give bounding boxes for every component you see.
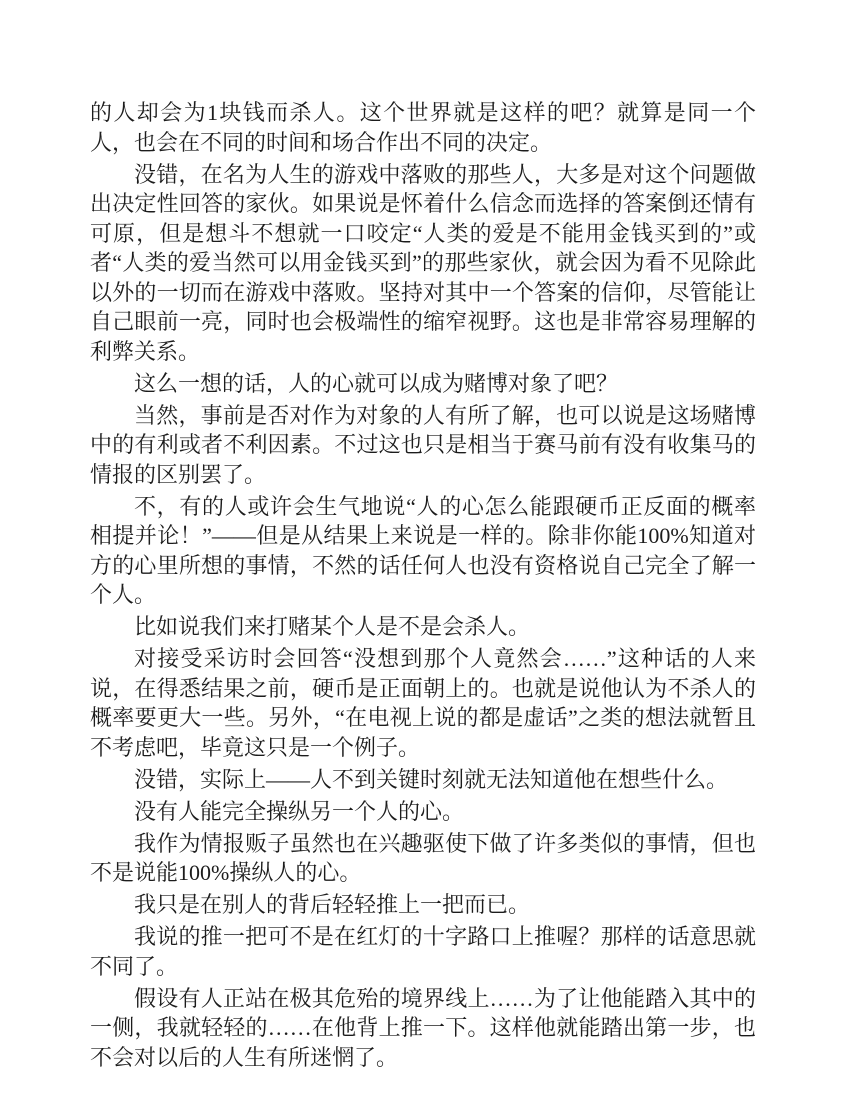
paragraph: 这么一想的话，人的心就可以成为赌博对象了吧？: [90, 369, 756, 399]
paragraph: 我说的推一把可不是在红灯的十字路口上推喔？那样的话意思就不同了。: [90, 922, 756, 981]
paragraph: 我作为情报贩子虽然也在兴趣驱使下做了许多类似的事情，但也不是说能100%操纵人的…: [90, 829, 756, 888]
paragraph: 没有人能完全操纵另一个人的心。: [90, 797, 756, 827]
ebook-page: 的人却会为1块钱而杀人。这个世界就是这样的吧？就算是同一个人，也会在不同的时间和…: [0, 0, 850, 1100]
paragraph: 假设有人正站在极其危殆的境界线上……为了让他能踏入其中的一侧，我就轻轻的……在他…: [90, 984, 756, 1073]
paragraph: 没错，实际上——人不到关键时刻就无法知道他在想些什么。: [90, 765, 756, 795]
paragraph: 比如说我们来打赌某个人是不是会杀人。: [90, 612, 756, 642]
paragraph: 我只是在别人的背后轻轻推上一把而已。: [90, 890, 756, 920]
paragraph: 的人却会为1块钱而杀人。这个世界就是这样的吧？就算是同一个人，也会在不同的时间和…: [90, 98, 756, 157]
text-body: 的人却会为1块钱而杀人。这个世界就是这样的吧？就算是同一个人，也会在不同的时间和…: [90, 98, 756, 1075]
paragraph: 当然，事前是否对作为对象的人有所了解，也可以说是这场赌博中的有利或者不利因素。不…: [90, 401, 756, 490]
paragraph: 没错，在名为人生的游戏中落败的那些人，大多是对这个问题做出决定性回答的家伙。如果…: [90, 160, 756, 367]
paragraph: 对接受采访时会回答“没想到那个人竟然会……”这种话的人来说，在得悉结果之前，硬币…: [90, 644, 756, 762]
paragraph: 不，有的人或许会生气地说“人的心怎么能跟硬币正反面的概率相提并论！”——但是从结…: [90, 492, 756, 610]
